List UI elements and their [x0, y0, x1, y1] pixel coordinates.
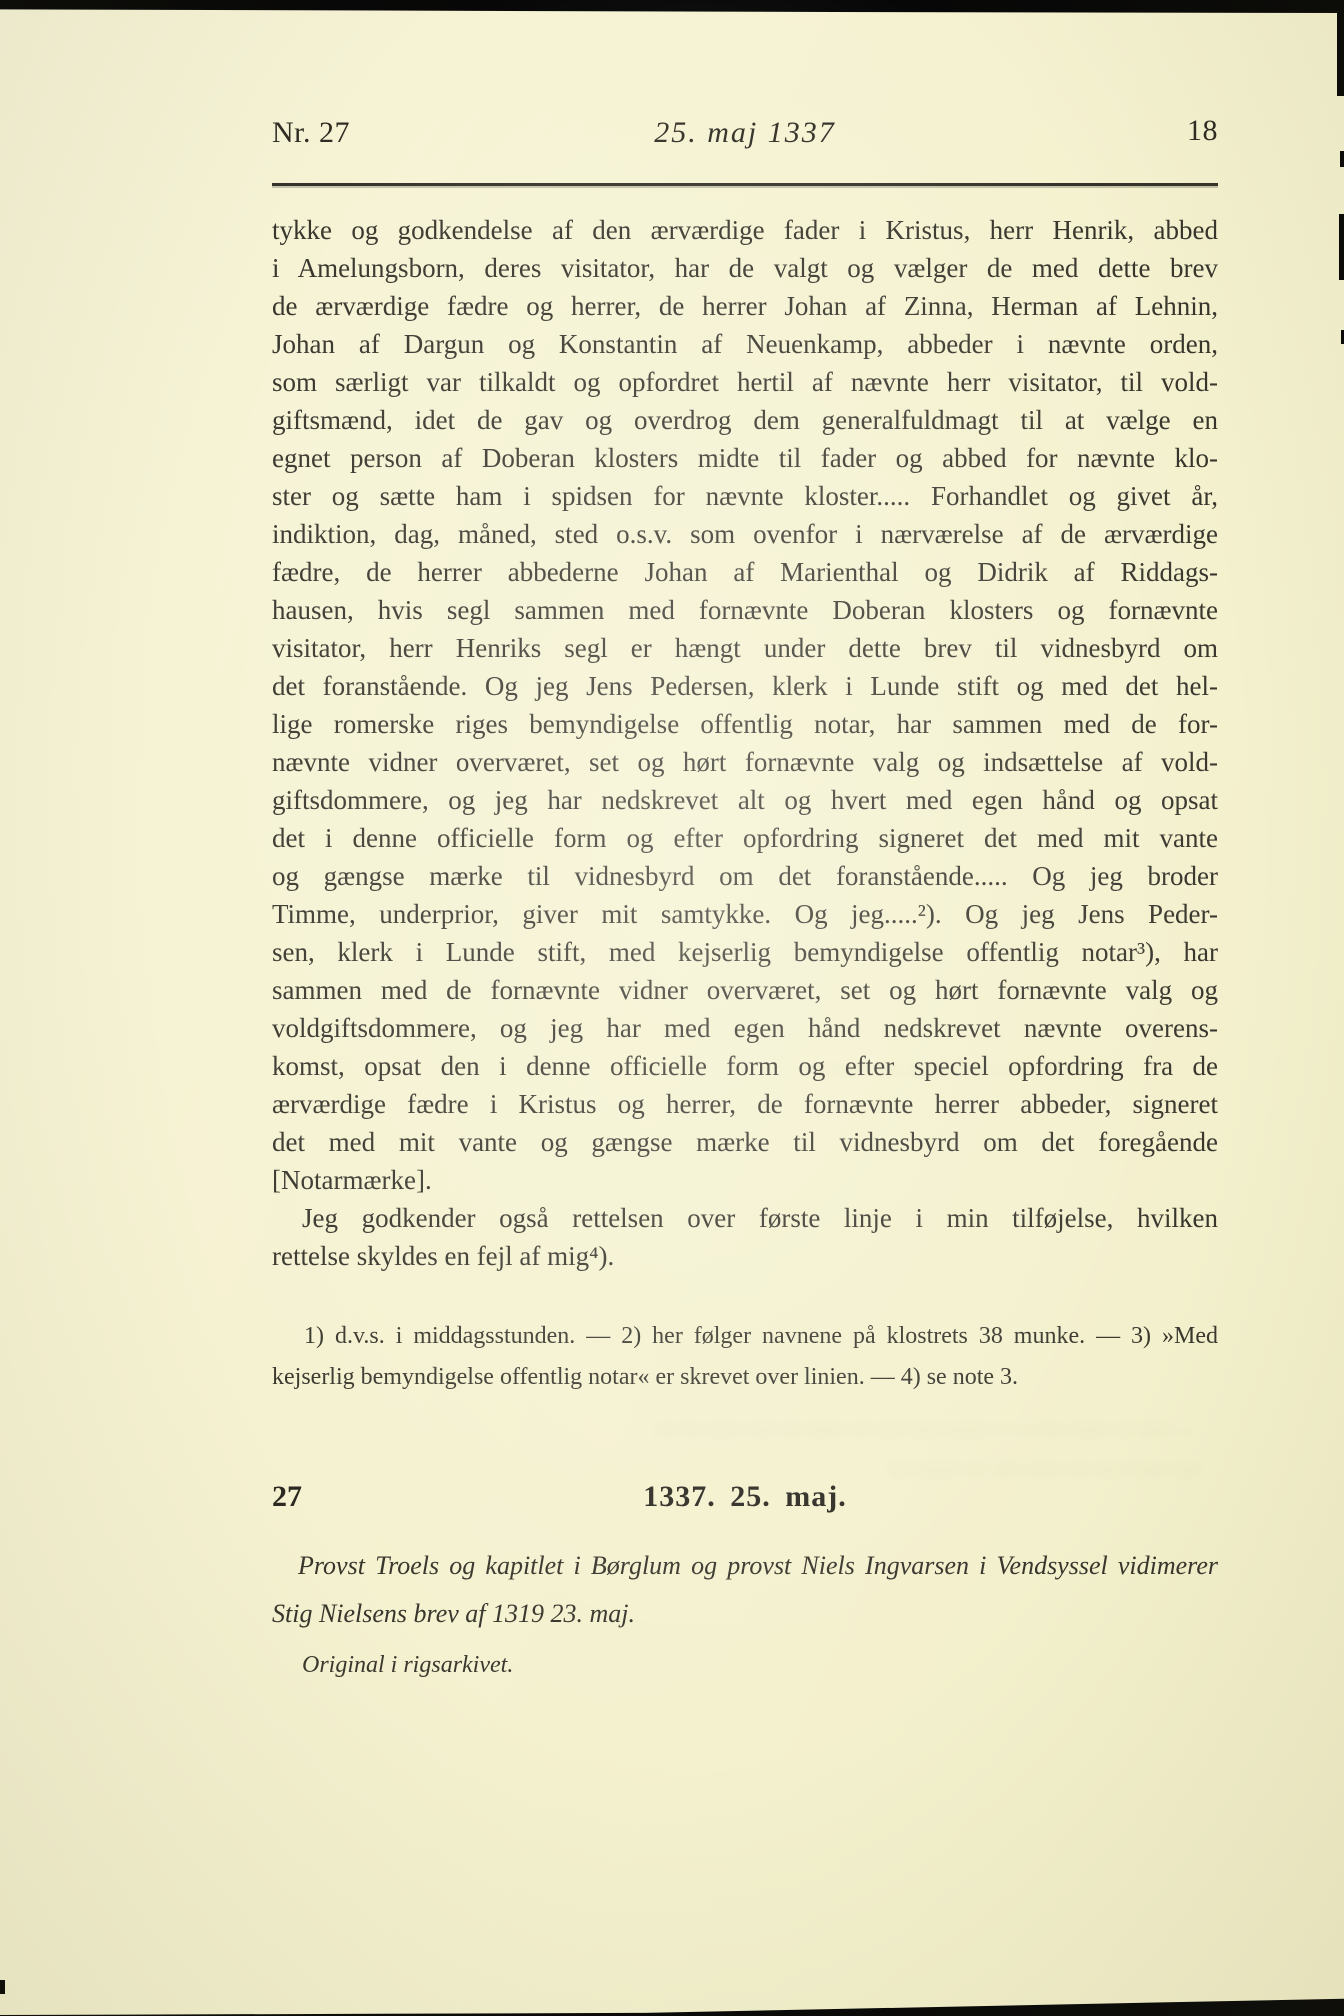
scan-edge-right — [1340, 151, 1344, 167]
scan-edge-right — [1337, 10, 1344, 96]
footnote-line: kejserlig bemyndigelse offentlig notar« … — [272, 1357, 1218, 1398]
body-line: tykke og godkendelse af den ærværdige fa… — [272, 211, 1218, 249]
body-line: Timme, underprior, giver mit samtykke. O… — [272, 895, 1218, 933]
body-line: giftsmænd, idet de gav og overdrog dem g… — [272, 401, 1218, 439]
source-note: Original i rigsarkivet. — [272, 1648, 1248, 1682]
body-line: visitator, herr Henriks segl er hængt un… — [272, 629, 1218, 667]
body-line: i Amelungsborn, deres visitator, har de … — [272, 249, 1218, 287]
body-line: fædre, de herrer abbederne Johan af Mari… — [272, 553, 1218, 591]
scanned-page: Nr. 27 25. maj 1337 18 tykke og godkende… — [0, 0, 1344, 2016]
body-line: som særligt var tilkaldt og opfordret he… — [272, 363, 1218, 401]
body-line: nævnte vidner overværet, set og hørt for… — [272, 743, 1218, 781]
summary-line: Provst Troels og kapitlet i Børglum og p… — [272, 1542, 1218, 1590]
body-line: sammen med de fornævnte vidner overværet… — [272, 971, 1218, 1009]
scan-edge-right — [1339, 214, 1344, 280]
body-line: Jeg godkender også rettelsen over første… — [272, 1199, 1218, 1237]
page-number: 18 — [1187, 114, 1218, 148]
body-line: og gængse mærke til vidnesbyrd om det fo… — [272, 857, 1218, 895]
body-line: ster og sætte ham i spidsen for nævnte k… — [272, 477, 1218, 515]
body-line: giftsdommere, og jeg har nedskrevet alt … — [272, 781, 1218, 819]
summary-line: Stig Nielsens brev af 1319 23. maj. — [272, 1590, 1218, 1638]
body-line: ærværdige fædre i Kristus og herrer, de … — [272, 1085, 1218, 1123]
footnote-line: 1) d.v.s. i middagsstunden. — 2) her føl… — [272, 1316, 1218, 1357]
body-line: egnet person af Doberan klosters midte t… — [272, 439, 1218, 477]
header-rule — [272, 183, 1218, 186]
body-line: voldgiftsdommere, og jeg har med egen hå… — [272, 1009, 1218, 1047]
running-date-title: 25. maj 1337 — [272, 116, 1218, 150]
body-line: indiktion, dag, måned, sted o.s.v. som o… — [272, 515, 1218, 553]
body-line: sen, klerk i Lunde stift, med kejserlig … — [272, 933, 1218, 971]
entry-heading: 27 1337. 25. maj. — [272, 1480, 1218, 1520]
body-line: hausen, hvis segl sammen med fornævnte D… — [272, 591, 1218, 629]
document-body: tykke og godkendelse af den ærværdige fa… — [272, 211, 1218, 1275]
body-line-notary-mark: [Notarmærke]. — [272, 1161, 1218, 1199]
body-line: de ærværdige fædre og herrer, de herrer … — [272, 287, 1218, 325]
body-line: det med mit vante og gængse mærke til vi… — [272, 1123, 1218, 1161]
page-header: Nr. 27 25. maj 1337 18 — [272, 116, 1218, 156]
scan-edge-left — [0, 1980, 5, 1994]
body-line: lige romerske riges bemyndigelse offentl… — [272, 705, 1218, 743]
body-line: rettelse skyldes en fejl af mig⁴). — [272, 1237, 1218, 1275]
body-line: det i denne officielle form og efter opf… — [272, 819, 1218, 857]
entry-summary: Provst Troels og kapitlet i Børglum og p… — [272, 1542, 1218, 1638]
body-line: komst, opsat den i denne officielle form… — [272, 1047, 1218, 1085]
entry-date: 1337. 25. maj. — [272, 1480, 1218, 1514]
body-line: Johan af Dargun og Konstantin af Neuenka… — [272, 325, 1218, 363]
body-line: det foranstående. Og jeg Jens Pedersen, … — [272, 667, 1218, 705]
footnotes: 1) d.v.s. i middagsstunden. — 2) her føl… — [272, 1316, 1218, 1398]
